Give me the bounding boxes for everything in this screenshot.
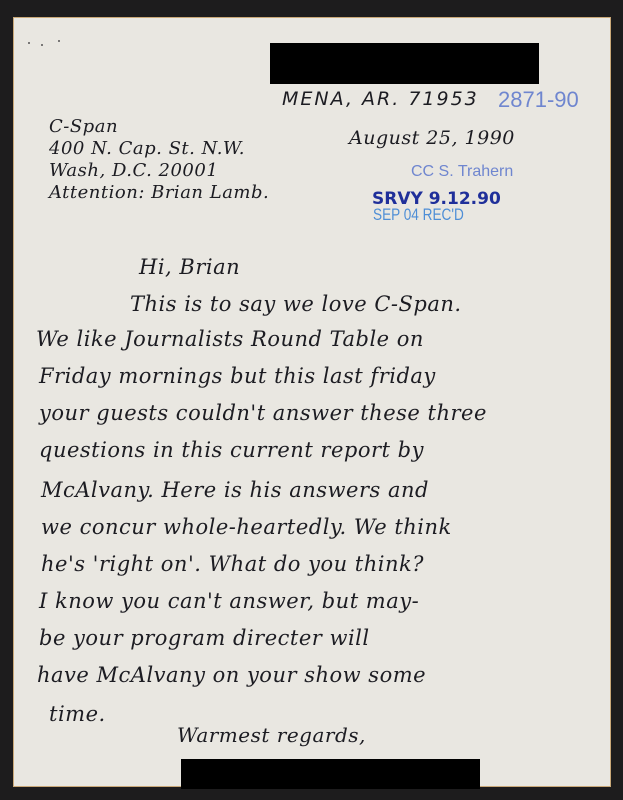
recipient-line-4: Attention: Brian Lamb.: [49, 182, 269, 204]
body-line-2: We like Journalists Round Table on: [36, 327, 424, 351]
paper-speck: [41, 44, 43, 46]
file-number: 2871-90: [498, 87, 579, 113]
received-date-stamp: SEP 04 REC'D: [373, 205, 464, 225]
body-line-9: I know you can't answer, but may-: [39, 589, 419, 613]
recipient-address-block: C-Span 400 N. Cap. St. N.W. Wash, D.C. 2…: [49, 116, 269, 204]
salutation: Hi, Brian: [139, 255, 240, 279]
body-line-10: be your program directer will: [39, 626, 370, 650]
body-line-8: he's 'right on'. What do you think?: [41, 552, 424, 576]
redaction-header: [270, 43, 539, 84]
paper-speck: [58, 40, 60, 42]
paper-speck: [28, 42, 30, 44]
body-line-4: your guests couldn't answer these three: [39, 401, 487, 425]
recipient-line-2: 400 N. Cap. St. N.W.: [49, 138, 269, 160]
body-line-1: This is to say we love C-Span.: [130, 292, 462, 316]
redaction-signature: [181, 759, 480, 789]
letter-date: August 25, 1990: [349, 127, 515, 149]
cc-note: CC S. Trahern: [411, 163, 513, 181]
body-line-7: we concur whole-heartedly. We think: [41, 515, 452, 539]
sender-location: MENA, AR. 71953: [282, 88, 479, 110]
body-line-11: have McAlvany on your show some: [37, 663, 426, 687]
letter-page: MENA, AR. 71953 2871-90 C-Span 400 N. Ca…: [13, 17, 611, 787]
body-line-12: time.: [49, 702, 106, 726]
body-line-5: questions in this current report by: [39, 438, 424, 462]
recipient-line-3: Wash, D.C. 20001: [49, 160, 269, 182]
recipient-line-1: C-Span: [49, 116, 269, 138]
body-line-3: Friday mornings but this last friday: [39, 364, 436, 388]
body-line-6: McAlvany. Here is his answers and: [41, 478, 429, 502]
closing: Warmest regards,: [177, 723, 366, 747]
